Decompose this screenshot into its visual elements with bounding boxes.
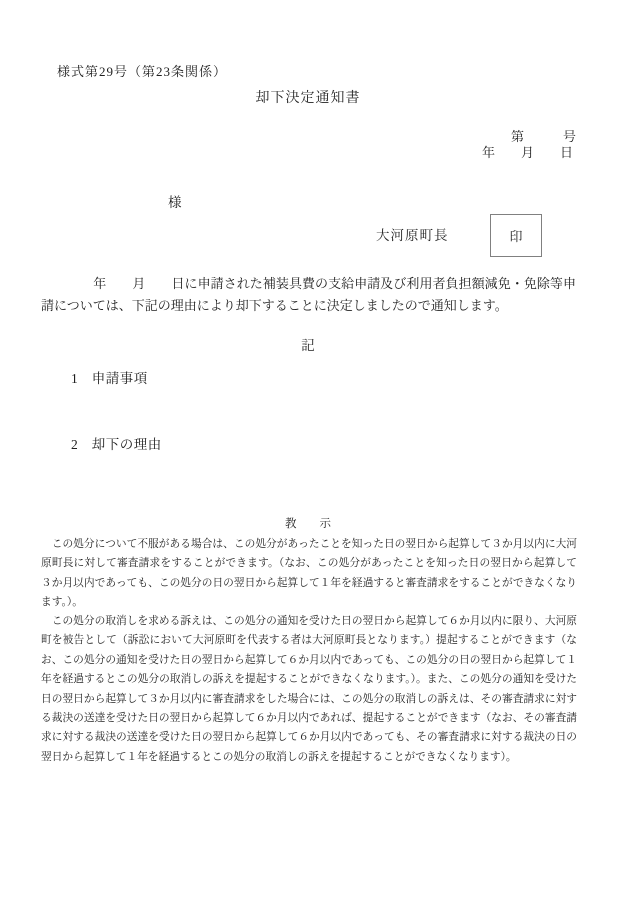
list-item-rejection-reason: 2却下の理由 [71,433,162,453]
form-number: 様式第29号（第23条関係） [57,61,227,80]
document-page: 様式第29号（第23条関係） 却下決定通知書 第 号 年 月 日 様 大河原町長… [0,0,630,915]
document-title: 却下決定通知書 [41,87,575,107]
seal-label: 印 [509,226,522,245]
body-paragraph: 年 月 日に申請された補装具費の支給申請及び利用者負担額減免・免除等申請について… [41,273,576,317]
kyoji-paragraph-2: この処分の取消しを求める訴えは、この処分の通知を受けた日の翌日から起算して６か月… [41,612,577,767]
item-number: 1 [71,371,78,386]
recipient-honorific: 様 [168,191,182,211]
item-label: 申請事項 [92,371,148,386]
kyoji-heading: 教 示 [41,515,575,531]
item-number: 2 [71,437,78,452]
document-date-line: 年 月 日 [482,142,573,161]
seal-box: 印 [490,214,542,257]
issuer-name: 大河原町長 [376,224,449,244]
kyoji-paragraph-1: この処分について不服がある場合は、この処分があったことを知った日の翌日から起算し… [41,535,577,613]
list-item-application-details: 1申請事項 [71,367,148,387]
item-label: 却下の理由 [92,437,162,452]
ki-heading: 記 [41,334,575,354]
